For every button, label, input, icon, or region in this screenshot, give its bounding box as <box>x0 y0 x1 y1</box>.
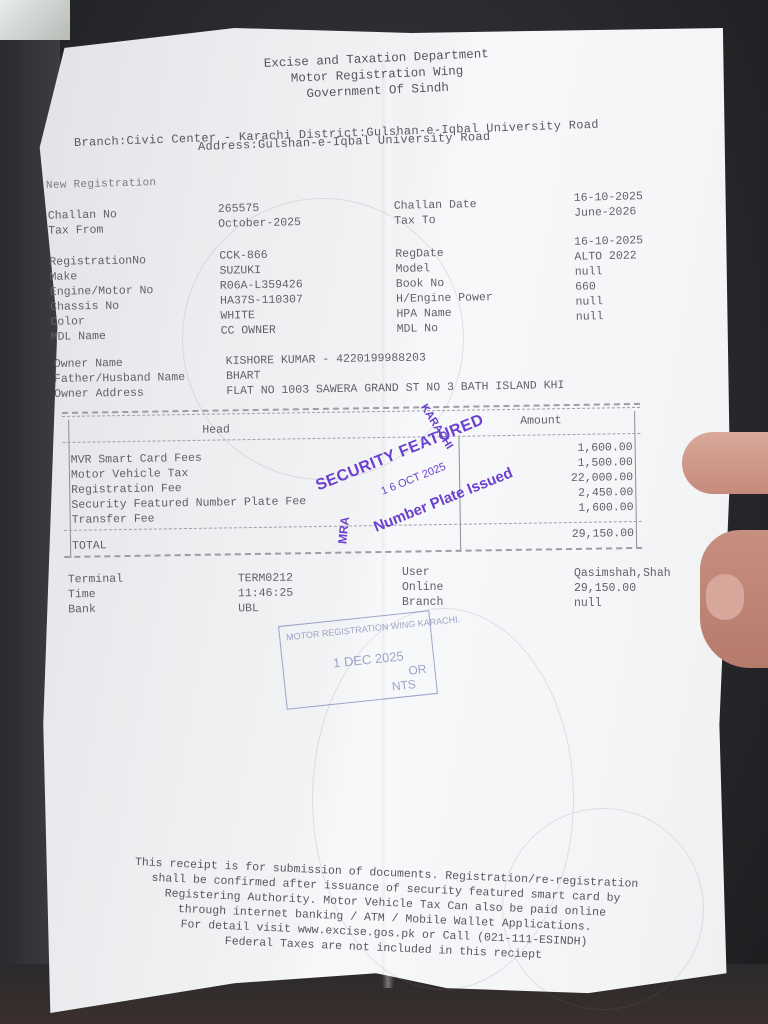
value-mdl-no: null <box>576 308 645 325</box>
left-labels-top: Challan No Tax From <box>48 207 118 238</box>
faded-stamp-line4: NTS <box>391 677 416 693</box>
left-values: CCK-866 SUZUKI R06A-L359426 HA37S-110307… <box>219 247 303 338</box>
column-head: Head <box>202 423 230 436</box>
value-tax-to: June-2026 <box>574 204 643 221</box>
value-make: SUZUKI <box>219 262 302 278</box>
label-registration-no: RegistrationNo <box>49 253 153 270</box>
value-time: 11:46:25 <box>238 586 293 602</box>
owner-values: KISHORE KUMAR - 4220199988203 BHART FLAT… <box>226 348 565 399</box>
label-branch: Branch <box>402 595 443 610</box>
right-values: 16-10-2025 ALTO 2022 null 660 null null <box>574 233 645 325</box>
fee-row-head: Registration Fee <box>71 482 182 497</box>
department-header: Excise and Taxation Department Motor Reg… <box>22 37 729 68</box>
value-chassis-no: HA37S-110307 <box>220 292 303 308</box>
right-values-top: 16-10-2025 June-2026 <box>574 189 644 221</box>
fee-row-amount: 22,000.00 <box>571 471 633 485</box>
owner-labels: Owner Name Father/Husband Name Owner Add… <box>54 355 186 402</box>
value-branch: null <box>574 596 671 611</box>
label-reg-date: RegDate <box>395 245 492 262</box>
fee-row-head: Transfer Fee <box>72 513 155 527</box>
label-mdl-name: MDL Name <box>51 328 155 345</box>
label-tax-to: Tax To <box>394 212 477 229</box>
value-bank: UBL <box>238 601 293 617</box>
value-model: ALTO 2022 <box>574 248 643 265</box>
section-title: New Registration <box>46 177 157 192</box>
footer-labels-right: User Online Branch <box>402 565 443 610</box>
total-label: TOTAL <box>72 539 107 553</box>
right-labels: RegDate Model Book No H/Engine Power HPA… <box>395 245 493 337</box>
footer-values-right: Qasimshah,Shah 29,150.00 null <box>574 566 671 611</box>
registration-wing-stamp: MOTOR REGISTRATION WING KARACHI. 1 DEC 2… <box>278 610 438 709</box>
fee-row-amount: 1,600.00 <box>578 501 633 515</box>
fee-row-head: MVR Smart Card Fees <box>71 452 202 467</box>
value-online: 29,150.00 <box>574 581 671 596</box>
label-time: Time <box>68 587 123 603</box>
label-engine-no: Engine/Motor No <box>50 283 154 300</box>
faded-stamp-line3: OR <box>408 662 427 678</box>
label-hpa-name: HPA Name <box>396 305 493 322</box>
value-registration-no: CCK-866 <box>219 247 302 263</box>
fee-row-amount: 1,500.00 <box>578 456 633 470</box>
right-labels-top: Challan Date Tax To <box>394 197 477 229</box>
value-user: Qasimshah,Shah <box>574 566 671 581</box>
left-labels: RegistrationNo Make Engine/Motor No Chas… <box>49 253 154 345</box>
value-hpa-name: null <box>575 293 644 310</box>
label-book-no: Book No <box>396 275 493 292</box>
value-engine-no: R06A-L359426 <box>220 277 303 293</box>
value-terminal: TERM0212 <box>238 571 293 587</box>
label-engine-power: H/Engine Power <box>396 290 493 307</box>
finger-top <box>682 432 768 494</box>
label-terminal: Terminal <box>68 572 123 588</box>
left-values-top: 265575 October-2025 <box>218 200 301 232</box>
column-amount: Amount <box>520 414 562 428</box>
label-owner-address: Owner Address <box>54 385 185 402</box>
thumb-nail <box>706 574 744 620</box>
footer-labels-left: Terminal Time Bank <box>68 572 124 618</box>
value-mdl-name: CC OWNER <box>221 322 304 338</box>
value-reg-date: 16-10-2025 <box>574 233 643 250</box>
label-challan-no: Challan No <box>48 207 117 223</box>
fee-row-amount: 2,450.00 <box>578 486 633 500</box>
value-book-no: null <box>575 263 644 280</box>
fee-row-amount: 1,600.00 <box>577 441 632 455</box>
label-online: Online <box>402 580 443 595</box>
label-model: Model <box>395 260 492 277</box>
value-color: WHITE <box>220 307 303 323</box>
label-user: User <box>402 565 443 580</box>
total-amount: 29,150.00 <box>572 527 634 541</box>
fee-row-head: Motor Vehicle Tax <box>71 467 189 482</box>
value-challan-no: 265575 <box>218 200 301 217</box>
label-tax-from: Tax From <box>48 222 117 238</box>
faded-stamp-date: 1 DEC 2025 <box>332 648 404 670</box>
table-border-right <box>634 411 637 549</box>
stamp-left: MRA <box>335 516 352 545</box>
fee-row-head: Security Featured Number Plate Fee <box>71 495 306 512</box>
label-father-name: Father/Husband Name <box>54 370 185 387</box>
label-challan-date: Challan Date <box>394 197 477 214</box>
value-engine-power: 660 <box>575 278 644 295</box>
value-tax-from: October-2025 <box>218 215 301 232</box>
label-mdl-no: MDL No <box>397 320 494 337</box>
label-bank: Bank <box>68 602 123 618</box>
footer-values-left: TERM0212 11:46:25 UBL <box>238 571 294 617</box>
